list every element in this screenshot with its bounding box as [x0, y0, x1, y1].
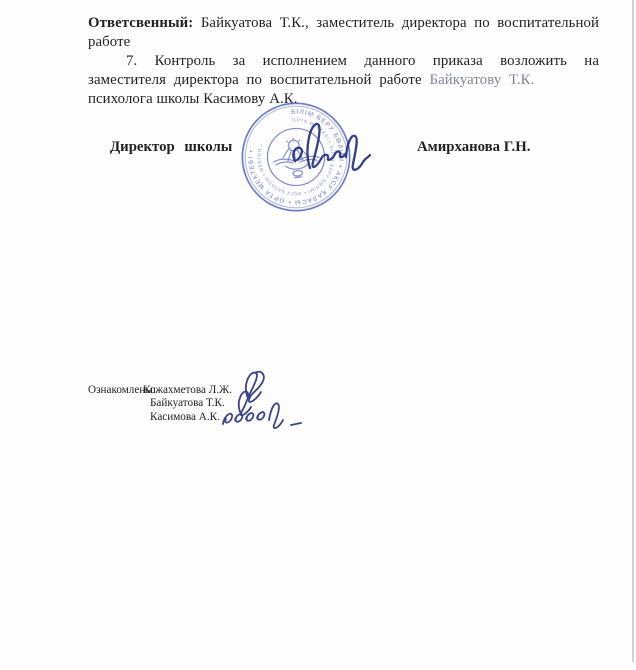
- director-signature-icon: [288, 112, 372, 186]
- director-name: Амирханова Г.Н.: [417, 139, 530, 156]
- responsible-label: Ответсвенный:: [88, 15, 193, 31]
- item7-line-2: заместителя директора по воспитательной …: [88, 71, 599, 90]
- scanned-document-page: Ответсвенный: Байкуатова Т.К., заместите…: [0, 0, 636, 670]
- scan-edge-line: [632, 0, 634, 662]
- item7-line-1: 7. Контроль за исполнением данного прика…: [88, 52, 599, 71]
- responsible-line-1: Ответсвенный: Байкуатова Т.К., заместите…: [88, 14, 599, 33]
- responsible-line-2: работе: [88, 33, 599, 52]
- acknowledgment-signatures-icon: [215, 368, 315, 430]
- responsible-text: Байкуатова Т.К., заместитель директора п…: [193, 15, 599, 31]
- item7-line-2-light: Байкуатову Т.К.: [429, 72, 534, 88]
- item7-line-2-main: заместителя директора по воспитательной …: [88, 72, 429, 88]
- director-title: Директор школы: [110, 139, 232, 156]
